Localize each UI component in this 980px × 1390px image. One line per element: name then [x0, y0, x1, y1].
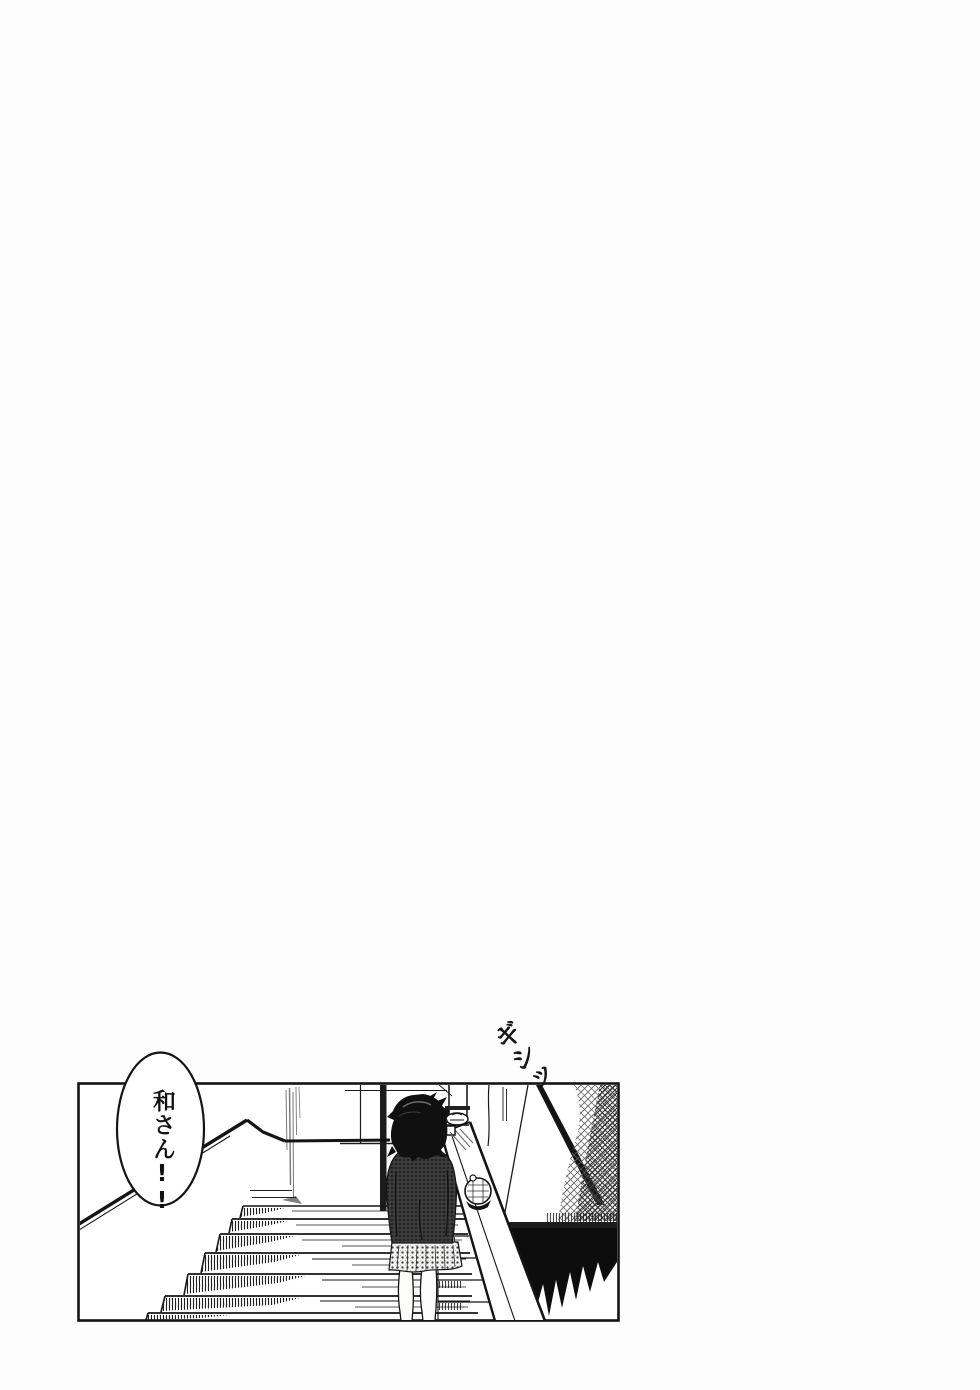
girl-cardigan	[387, 1145, 457, 1244]
girl-skirt	[389, 1242, 462, 1272]
floor-ledge	[500, 1222, 617, 1229]
manga-page: 和さん!! ギシッ	[0, 0, 980, 1390]
speech-bubble-text: 和さん!!	[149, 1089, 174, 1215]
panel-artwork	[0, 0, 980, 1390]
